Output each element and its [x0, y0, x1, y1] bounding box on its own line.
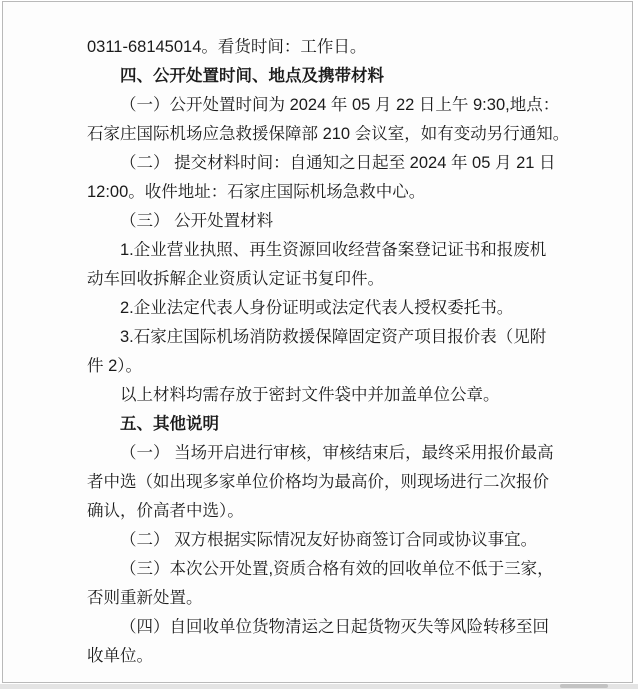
document-page: 0311-68145014。看货时间：工作日。四、公开处置时间、地点及携带材料（…: [2, 1, 633, 683]
text-line: 收单位。: [87, 642, 612, 671]
text-line: 以上材料均需存放于密封文件袋中并加盖单位公章。: [87, 381, 612, 410]
text-line: 否则重新处置。: [87, 584, 612, 613]
text-line: 件 2）。: [87, 352, 612, 381]
text-line: 12:00。收件地址：石家庄国际机场急救中心。: [87, 178, 612, 207]
text-line: 者中选（如出现多家单位价格均为最高价，则现场进行二次报价: [87, 468, 612, 497]
text-line: 确认，价高者中选）。: [87, 497, 612, 526]
page-content: 0311-68145014。看货时间：工作日。四、公开处置时间、地点及携带材料（…: [87, 33, 612, 671]
text-line: （一）公开处置时间为 2024 年 05 月 22 日上午 9:30,地点：: [87, 91, 612, 120]
text-line: （三） 公开处置材料: [87, 207, 612, 236]
text-line: 1.企业营业执照、再生资源回收经营备案登记证书和报废机: [87, 236, 612, 265]
text-line: （二） 提交材料时间：自通知之日起至 2024 年 05 月 21 日: [87, 149, 612, 178]
text-line: 2.企业法定代表人身份证明或法定代表人授权委托书。: [87, 294, 612, 323]
horizontal-scrollbar[interactable]: [0, 684, 638, 689]
text-line: （三）本次公开处置,资质合格有效的回收单位不低于三家，: [87, 555, 612, 584]
text-line: 3.石家庄国际机场消防救援保障固定资产项目报价表（见附: [87, 323, 612, 352]
text-line: （四）自回收单位货物清运之日起货物灭失等风险转移至回: [87, 613, 612, 642]
section-heading: 五、其他说明: [87, 410, 612, 439]
scrollbar-thumb[interactable]: [560, 684, 608, 688]
text-line: （二） 双方根据实际情况友好协商签订合同或协议事宜。: [87, 526, 612, 555]
text-line: （一） 当场开启进行审核，审核结束后，最终采用报价最高: [87, 439, 612, 468]
text-line: 动车回收拆解企业资质认定证书复印件。: [87, 265, 612, 294]
text-line: 0311-68145014。看货时间：工作日。: [87, 33, 612, 62]
section-heading: 四、公开处置时间、地点及携带材料: [87, 62, 612, 91]
text-line: 石家庄国际机场应急救援保障部 210 会议室，如有变动另行通知。: [87, 120, 612, 149]
